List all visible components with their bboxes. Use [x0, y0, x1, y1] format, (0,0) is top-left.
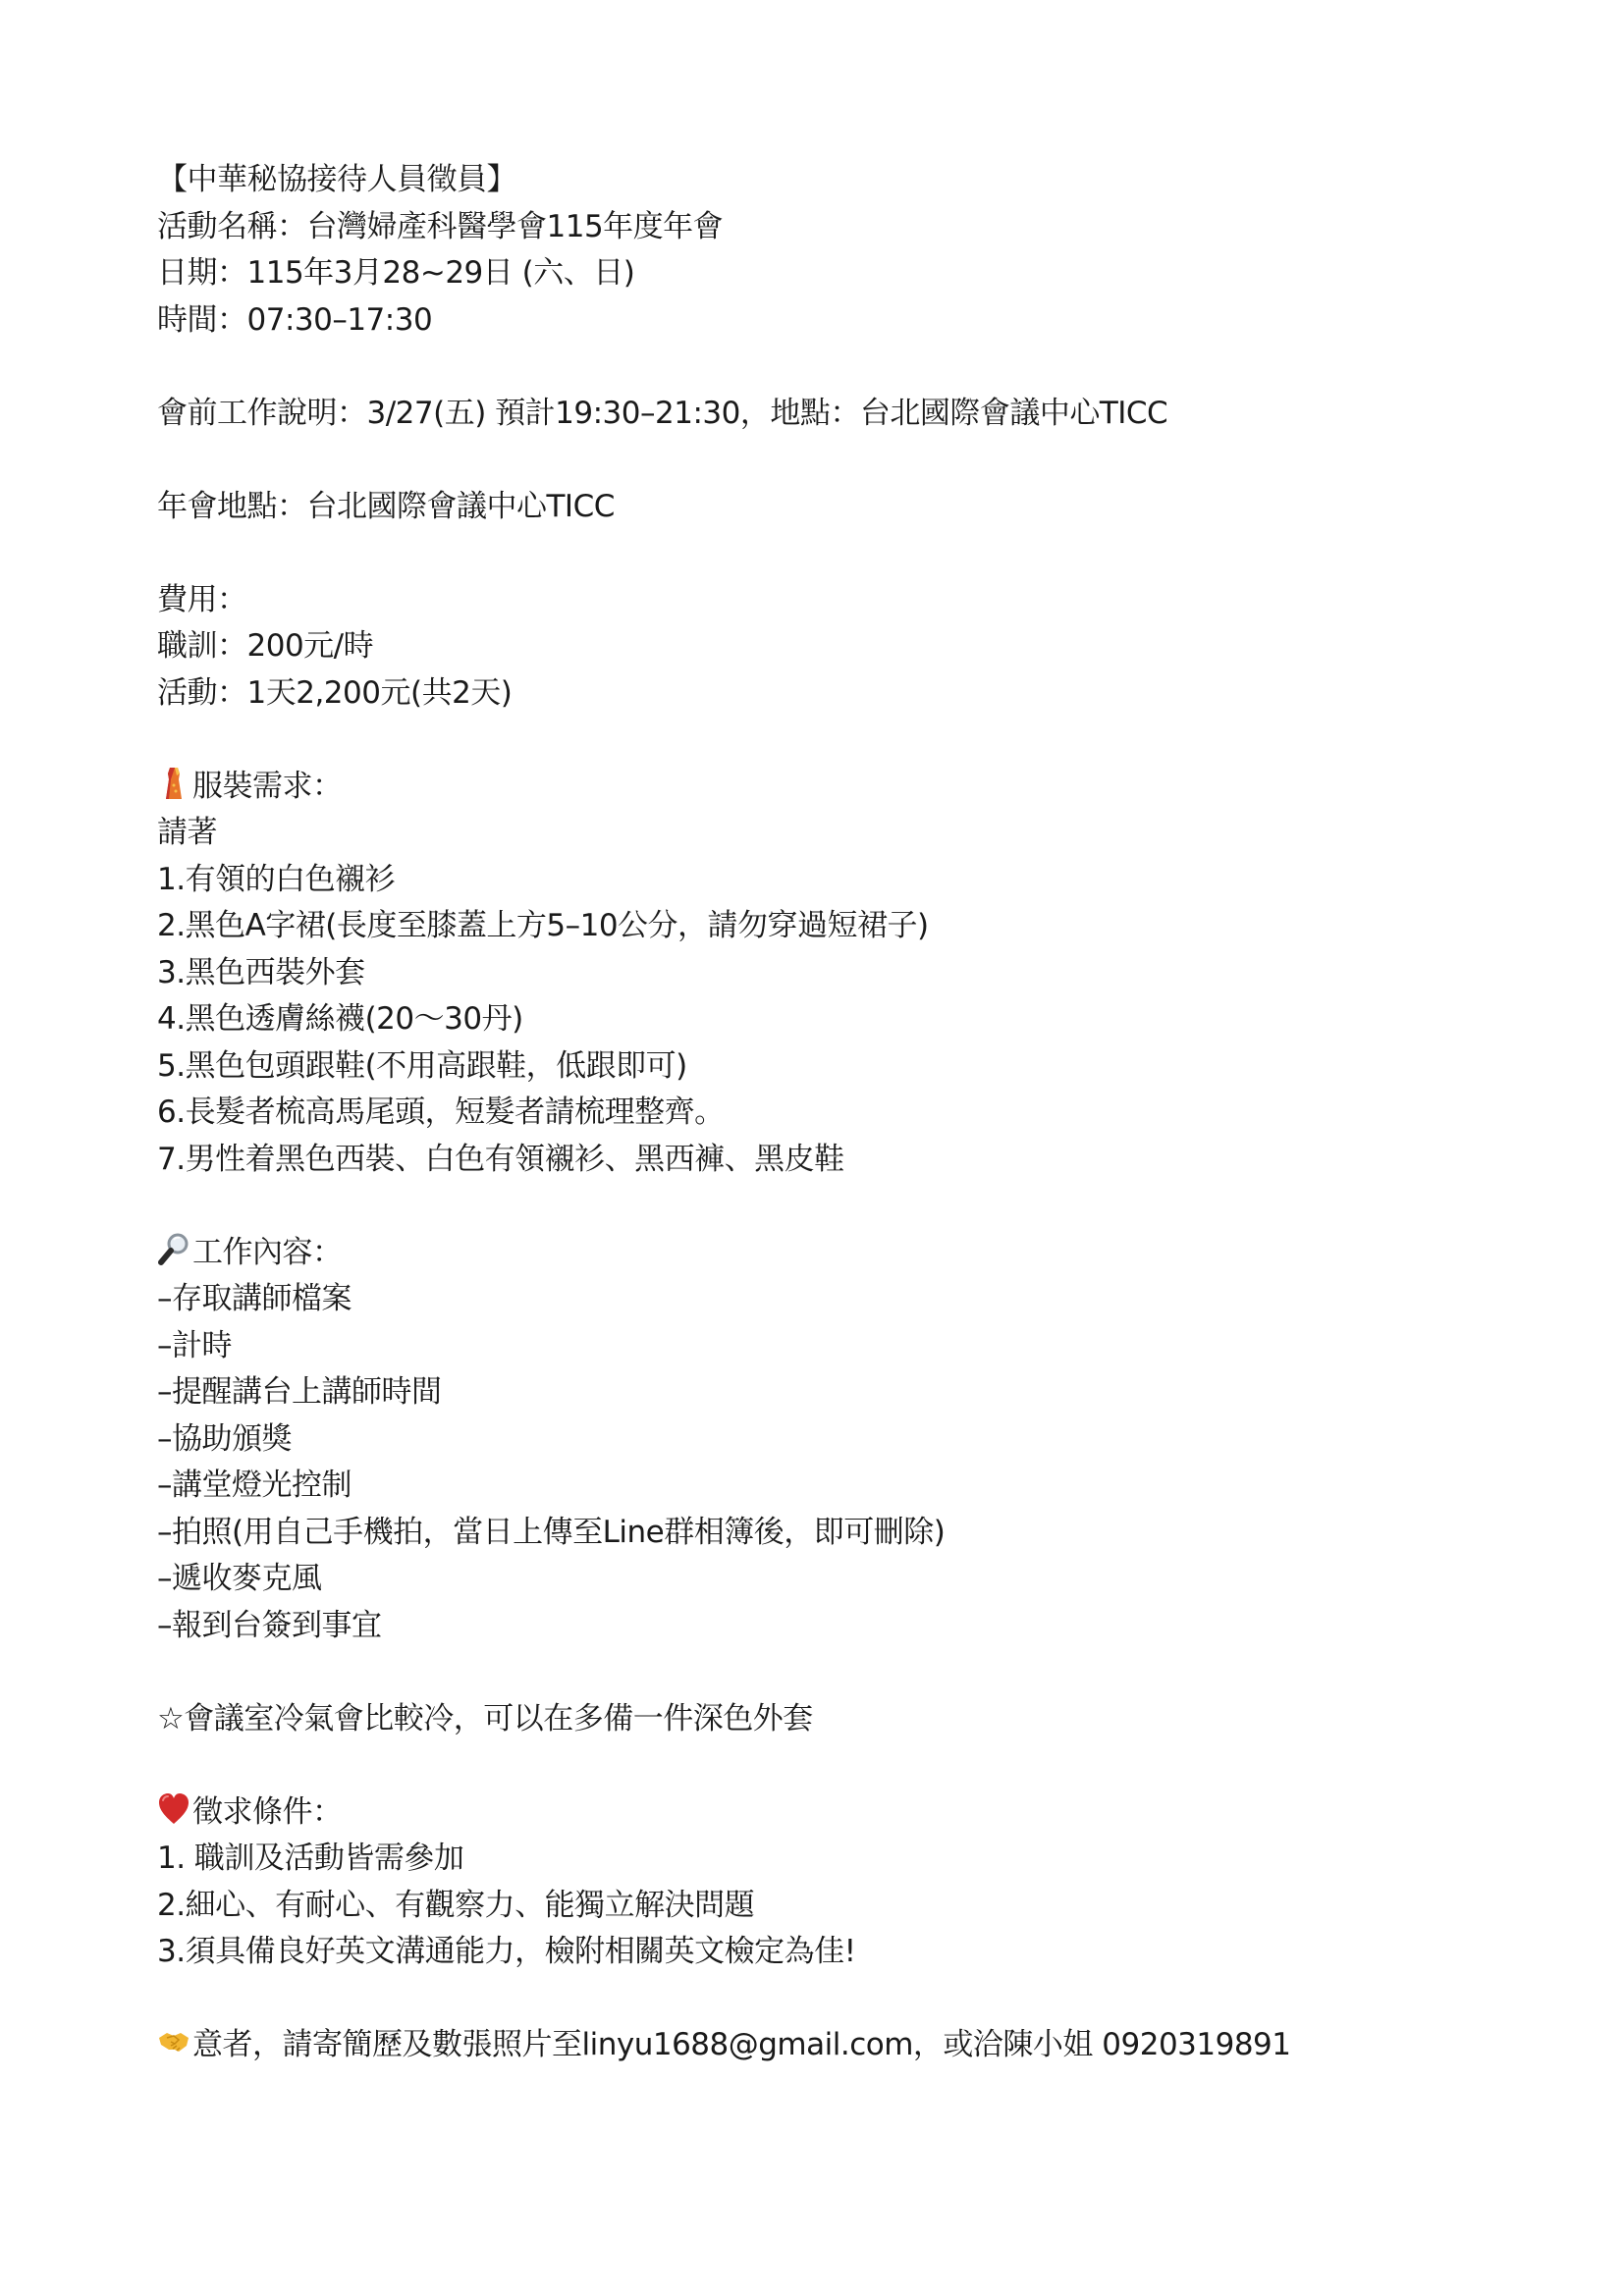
requirements-heading: 徵求條件： — [192, 1794, 343, 1830]
dress-code-intro: 請著 — [157, 810, 1532, 857]
duty-item: –講堂燈光控制 — [157, 1463, 1532, 1510]
dress-code-item: 4.黑色透膚絲襪(20～30丹) — [157, 996, 1532, 1043]
requirement-item: 2.細心、有耐心、有觀察力、能獨立解決問題 — [157, 1883, 1532, 1930]
requirement-item: 3.須具備良好英文溝通能力，檢附相關英文檢定為佳! — [157, 1929, 1532, 1976]
duties-heading: 工作內容： — [192, 1235, 343, 1270]
note-text: 會議室冷氣會比較冷，可以在多備一件深色外套 — [184, 1701, 813, 1736]
sari-dress-icon — [157, 766, 190, 801]
spacer — [157, 1183, 1532, 1230]
duty-item: –拍照(用自己手機拍，當日上傳至Line群相簿後，即可刪除) — [157, 1510, 1532, 1557]
contact-text: 意者，請寄簡歷及數張照片至linyu1688@gmail.com，或洽陳小姐 0… — [192, 2027, 1291, 2062]
dress-code-item: 1.有領的白色襯衫 — [157, 857, 1532, 904]
dress-code-item: 5.黑色包頭跟鞋(不用高跟鞋，低跟即可) — [157, 1043, 1532, 1091]
dress-code-item: 6.長髮者梳高馬尾頭，短髮者請梳理整齊。 — [157, 1090, 1532, 1137]
spacer — [157, 1649, 1532, 1696]
venue-line: 年會地點：台北國際會議中心TICC — [157, 484, 1532, 531]
dress-code-heading: 服裝需求： — [192, 769, 343, 804]
time-label: 時間： — [157, 302, 247, 338]
fee-activity: 活動：1天2,200元(共2天) — [157, 670, 1532, 718]
note-line: ☆會議室冷氣會比較冷，可以在多備一件深色外套 — [157, 1696, 1532, 1743]
date-line: 日期：115年3月28~29日 (六、日) — [157, 250, 1532, 297]
heart-icon — [157, 1791, 190, 1827]
date-value: 115年3月28~29日 (六、日) — [247, 255, 635, 291]
spacer — [157, 1976, 1532, 2023]
duty-item: –存取講師檔案 — [157, 1276, 1532, 1323]
dress-code-item: 7.男性着黑色西裝、白色有領襯衫、黑西褲、黑皮鞋 — [157, 1137, 1532, 1184]
duty-item: –協助頒獎 — [157, 1416, 1532, 1464]
duty-item: –提醒講台上講師時間 — [157, 1369, 1532, 1416]
handshake-icon — [157, 2024, 190, 2059]
contact-line: 意者，請寄簡歷及數張照片至linyu1688@gmail.com，或洽陳小姐 0… — [157, 2022, 1532, 2069]
event-name: 台灣婦產科醫學會115年度年會 — [307, 209, 724, 244]
spacer — [157, 344, 1532, 391]
dress-code-item: 2.黑色A字裙(長度至膝蓋上方5–10公分，請勿穿過短裙子) — [157, 903, 1532, 950]
duty-item: –計時 — [157, 1323, 1532, 1370]
fees-heading: 費用： — [157, 577, 1532, 624]
document-page: 【中華秘協接待人員徵員】 活動名稱：台灣婦產科醫學會115年度年會 日期：115… — [157, 157, 1532, 2069]
pre-meeting-line: 會前工作說明：3/27(五) 預計19:30–21:30，地點：台北國際會議中心… — [157, 391, 1532, 438]
event-name-label: 活動名稱： — [157, 209, 307, 244]
duty-item: –報到台簽到事宜 — [157, 1603, 1532, 1650]
spacer — [157, 530, 1532, 577]
spacer — [157, 1742, 1532, 1789]
requirement-item: 1. 職訓及活動皆需參加 — [157, 1836, 1532, 1883]
magnifying-glass-icon — [157, 1232, 190, 1267]
spacer — [157, 437, 1532, 484]
event-name-line: 活動名稱：台灣婦產科醫學會115年度年會 — [157, 204, 1532, 251]
time-line: 時間：07:30–17:30 — [157, 297, 1532, 345]
date-label: 日期： — [157, 255, 247, 291]
requirements-heading-line: 徵求條件： — [157, 1789, 1532, 1837]
spacer — [157, 717, 1532, 764]
fee-training: 職訓：200元/時 — [157, 623, 1532, 670]
time-value: 07:30–17:30 — [247, 302, 433, 338]
star-icon: ☆ — [157, 1701, 184, 1736]
dress-code-heading-line: 服裝需求： — [157, 764, 1532, 811]
duties-heading-line: 工作內容： — [157, 1230, 1532, 1277]
dress-code-item: 3.黑色西裝外套 — [157, 950, 1532, 997]
duty-item: –遞收麥克風 — [157, 1556, 1532, 1603]
document-title: 【中華秘協接待人員徵員】 — [157, 157, 1532, 204]
